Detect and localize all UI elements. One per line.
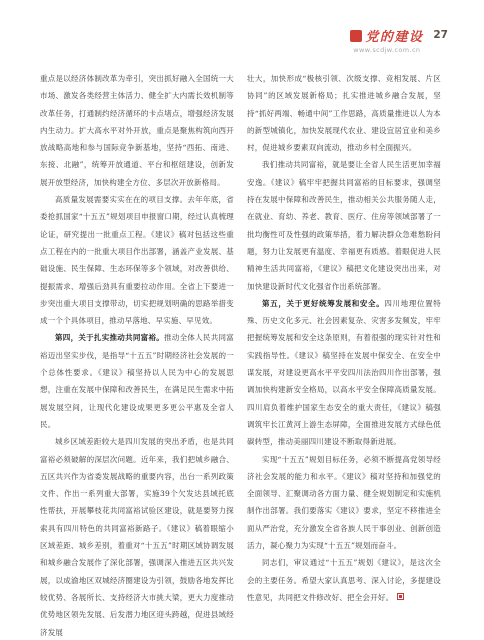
paragraph-lead: 第五，关于更好统筹发展和安全。: [262, 299, 384, 308]
magazine-title: 党的建设: [365, 26, 423, 45]
magazine-logo-row: 党的建设: [350, 26, 423, 45]
magazine-logo: 党的建设 www.scdjw.com.cn: [350, 26, 423, 54]
magazine-page: 党的建设 www.scdjw.com.cn 27 重点是以经济体制改革为牵引，突…: [0, 0, 484, 640]
paragraph: 实现“十五五”规划目标任务，必须不断提高党领导经济社会发展的能力和水平。《建议》…: [247, 451, 441, 555]
paragraph: 第五，关于更好统筹发展和安全。四川地理位置特殊、历史文化多元、社会因素复杂、灾害…: [247, 295, 441, 451]
paragraph: 城乡区域差距较大是四川发展的突出矛盾，也是共同富裕必须破解的深层次问题。近年来，…: [40, 433, 234, 640]
paragraph: 同志们，审议通过“十五五”规划《建议》，是这次全会的主要任务。希望大家认真思考、…: [247, 554, 441, 606]
column-left: 重点是以经济体制改革为牵引，突出抓好融入全国统一大市场、激发各类经营主体活力、健…: [40, 70, 234, 640]
magazine-url: www.scdjw.com.cn: [353, 46, 420, 54]
paragraph-lead: 第四，关于扎实推动共同富裕。: [55, 333, 164, 342]
paragraph: 我们推动共同富裕，就是要让全省人民生活更加幸福安逸。《建议》稿牢牢把握共同富裕的…: [247, 156, 441, 294]
paragraph: 壮大，加快形成“极核引领、次级支撑、竞相发展、片区协同”的区域发展新格局；扎实推…: [247, 70, 441, 156]
paragraph: 高质量发展需要实实在在的项目支撑。去年年底，省委抢抓国家“十五五”规划项目申报窗…: [40, 191, 234, 329]
paragraph: 重点是以经济体制改革为牵引，突出抓好融入全国统一大市场、激发各类经营主体活力、健…: [40, 70, 234, 191]
page-header: 党的建设 www.scdjw.com.cn 27: [350, 26, 448, 54]
magazine-seal-icon: [350, 30, 362, 42]
paragraph: 第四，关于扎实推动共同富裕。推动全体人民共同富裕迈出坚实步伐，是指导“十五五”时…: [40, 329, 234, 433]
column-right: 壮大，加快形成“极核引领、次级支撑、竞相发展、片区协同”的区域发展新格局；扎实推…: [247, 70, 441, 640]
article-content: 重点是以经济体制改革为牵引，突出抓好融入全国统一大市场、激发各类经营主体活力、健…: [40, 70, 442, 640]
page-number: 27: [433, 29, 448, 41]
end-of-article-mark: [397, 593, 404, 600]
